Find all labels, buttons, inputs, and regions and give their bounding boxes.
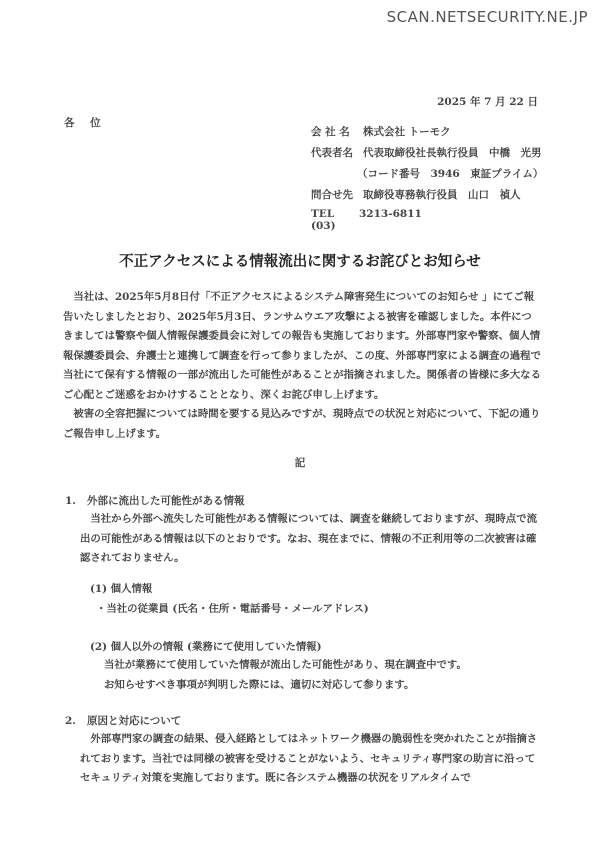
section1-body: 当社から外部へ流失した可能性がある情報については、調査を継続しておりますが、現時… (80, 510, 542, 569)
section1-title: 外部に流出した可能性がある情報 (87, 495, 245, 507)
section1-item2-heading: (2) 個人以外の情報 (業務にて使用していた情報) (90, 638, 322, 653)
info-key: 代表者名 (311, 145, 363, 166)
info-row-representative: 代表者名 代表取締役社長執行役員 中橋 光男 (311, 145, 543, 166)
document-date: 2025 年 7 月 22 日 (437, 94, 538, 109)
page-title: 不正アクセスによる情報流出に関するお詫びとお知らせ (0, 250, 600, 271)
company-info-block: 会 社 名 株式会社 トーモク 代表者名 代表取締役社長執行役員 中橋 光男 （… (311, 124, 543, 229)
info-value: 取締役専務執行役員 山口 禎人 (363, 187, 521, 208)
info-value: 株式会社 トーモク (363, 124, 451, 145)
section2-body: 外部専門家の調査の結果、侵入経路としてはネットワーク機器の脆弱性を突かれたことが… (80, 730, 542, 789)
section1-item2-line1: 当社が業務にて使用していた情報が流出した可能性があり、現在調査中です。 (104, 656, 467, 671)
watermark: SCAN.NETSECURITY.NE.JP (387, 8, 588, 26)
info-value: 代表取締役社長執行役員 中橋 光男 (363, 145, 542, 166)
section1-item1-bullet: ・当社の従業員 (氏名・住所・電話番号・メールアドレス) (96, 600, 369, 615)
section1-item1-heading: (1) 個人情報 (90, 580, 152, 595)
info-value: （コード番号 3946 東証プライム） (357, 166, 543, 187)
addressee: 各 位 (64, 115, 107, 130)
info-row-contact: 問合せ先 取締役専務執行役員 山口 禎人 (311, 187, 543, 208)
section1-heading: 1.外部に流出した可能性がある情報 (65, 493, 245, 508)
intro-paragraph-1: 当社は、2025年5月8日付「不正アクセスによるシステム障害発生についてのお知ら… (63, 288, 541, 405)
section1-item2-line2: お知らせすべき事項が判明した際には、適切に対応して参ります。 (104, 676, 414, 691)
ki-marker: 記 (0, 455, 600, 470)
section2-heading: 2.原因と対応について (65, 713, 181, 728)
info-key: 会 社 名 (311, 124, 363, 145)
section2-number: 2. (65, 715, 87, 727)
info-key: 問合せ先 (311, 187, 363, 208)
intro-paragraph-2: 被害の全容把握については時間を要する見込みですが、現時点での状況と対応について、… (63, 405, 541, 444)
info-row-code: （コード番号 3946 東証プライム） (311, 166, 543, 187)
section1-number: 1. (65, 495, 87, 507)
info-value: 3213-6811 (359, 208, 422, 229)
info-row-tel: TEL (03) 3213-6811 (311, 208, 543, 229)
section2-title: 原因と対応について (87, 715, 181, 727)
info-key: TEL (03) (311, 208, 359, 229)
section2-body-text: 外部専門家の調査の結果、侵入経路としてはネットワーク機器の脆弱性を突かれたことが… (80, 730, 542, 789)
intro-paragraphs: 当社は、2025年5月8日付「不正アクセスによるシステム障害発生についてのお知ら… (63, 288, 541, 444)
info-row-company: 会 社 名 株式会社 トーモク (311, 124, 543, 145)
info-key (311, 166, 357, 187)
section1-body-text: 当社から外部へ流失した可能性がある情報については、調査を継続しておりますが、現時… (80, 510, 542, 569)
